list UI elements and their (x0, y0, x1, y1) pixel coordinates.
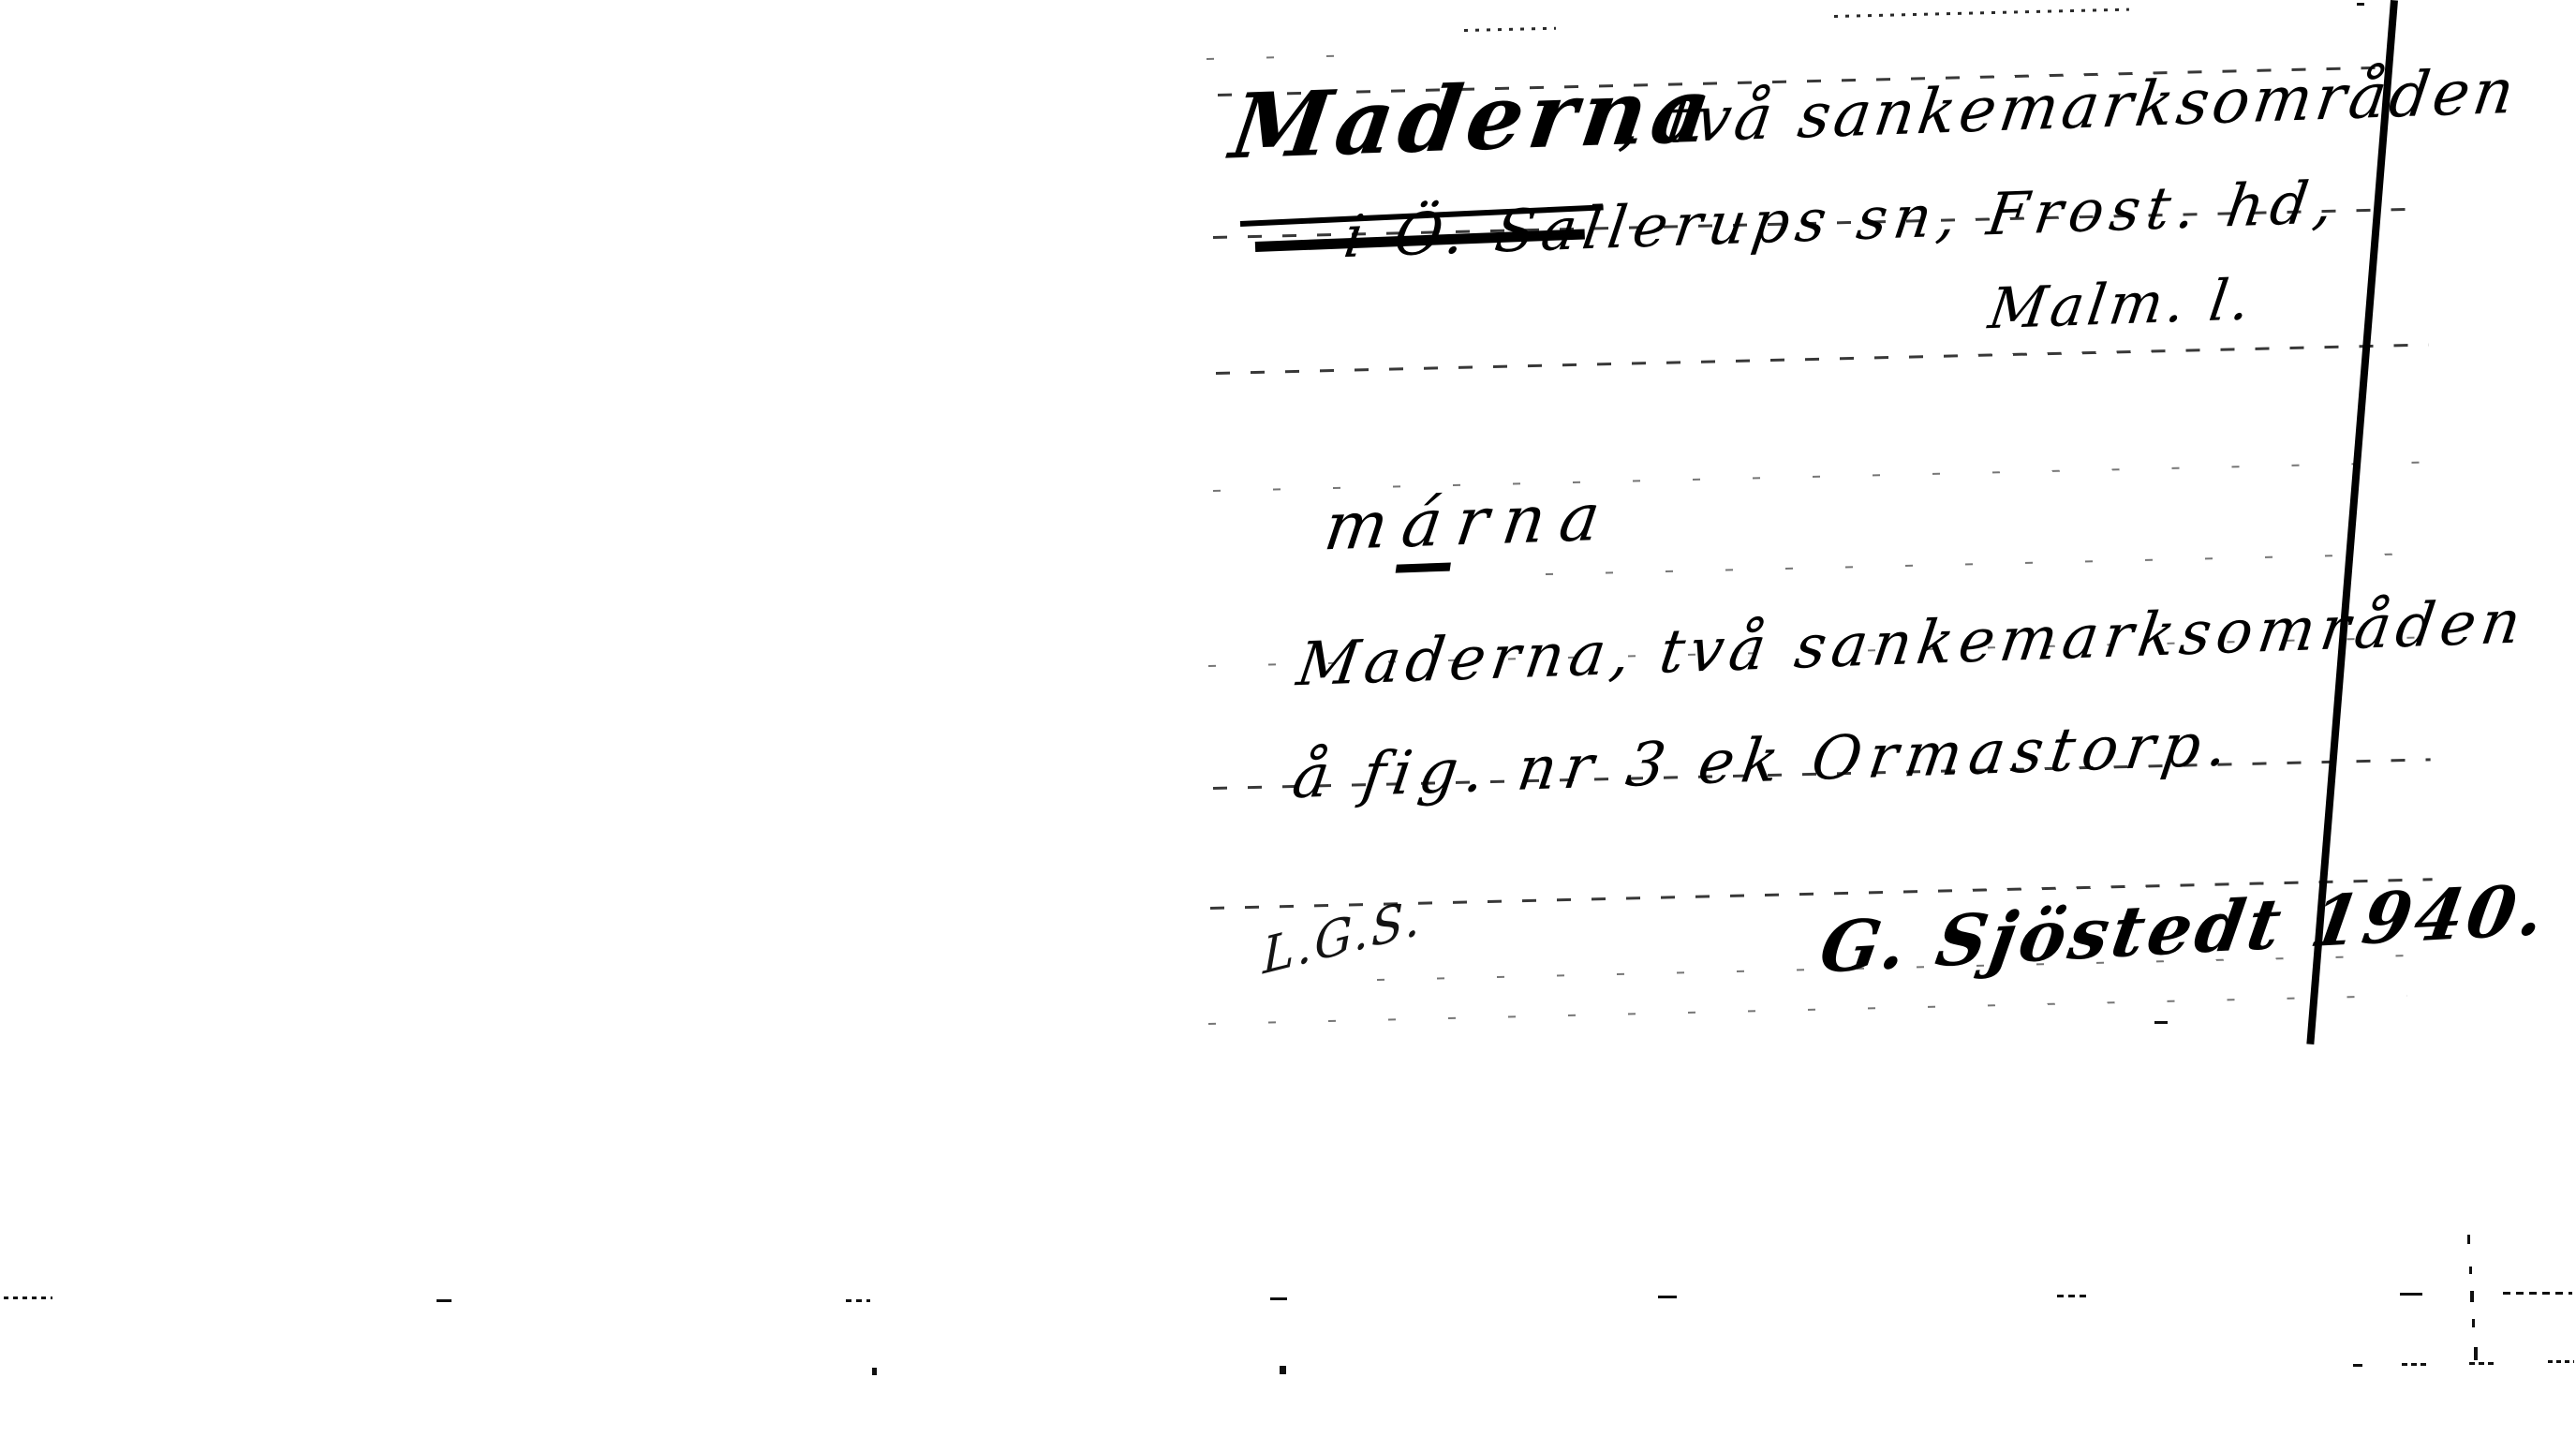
ruled-line (1464, 27, 1556, 32)
scan-noise (2402, 1363, 2426, 1366)
ruled-line (1207, 54, 1347, 60)
scan-noise (2154, 1021, 2168, 1024)
scanned-index-card-page: Maderna , två sankemarksområden i Ö. Sal… (0, 0, 2576, 1452)
scan-noise (2469, 1267, 2472, 1274)
scan-noise (4, 1296, 52, 1299)
parish-line: i Ö. Sallerups sn, Frost. hd, (1340, 173, 2343, 266)
ruled-line (1208, 995, 2407, 1025)
scan-noise (2057, 1295, 2091, 1297)
scan-noise (2400, 1293, 2422, 1296)
scan-noise (846, 1299, 870, 1302)
scan-noise (2467, 1235, 2470, 1244)
county-line: Malm. l. (1986, 272, 2258, 337)
scan-noise (872, 1368, 877, 1375)
phonetic-pre: m (1320, 485, 1408, 565)
phonetic-post: rna (1451, 478, 1620, 560)
scan-noise (2353, 1364, 2362, 1367)
scan-noise (2474, 1347, 2478, 1360)
scan-noise (1658, 1296, 1677, 1298)
scan-noise (2357, 3, 2364, 6)
scan-noise (1280, 1366, 1286, 1374)
description-line-1: Maderna, två sankemarksområden (1294, 592, 2530, 695)
ruled-line (1834, 8, 2129, 18)
description-line-2: å fig. nr 3 ek Ormastorp. (1289, 715, 2239, 807)
scan-noise (1270, 1297, 1287, 1300)
scan-noise (2469, 1362, 2497, 1365)
scan-noise (2548, 1360, 2574, 1363)
ruled-line (1546, 553, 2426, 575)
scan-noise (437, 1299, 452, 1302)
phonetic-form: márna (1321, 483, 1619, 559)
ruled-line (1216, 343, 2429, 375)
scan-noise (2503, 1292, 2572, 1295)
scan-noise (2472, 1319, 2475, 1327)
scan-noise (2470, 1291, 2474, 1302)
